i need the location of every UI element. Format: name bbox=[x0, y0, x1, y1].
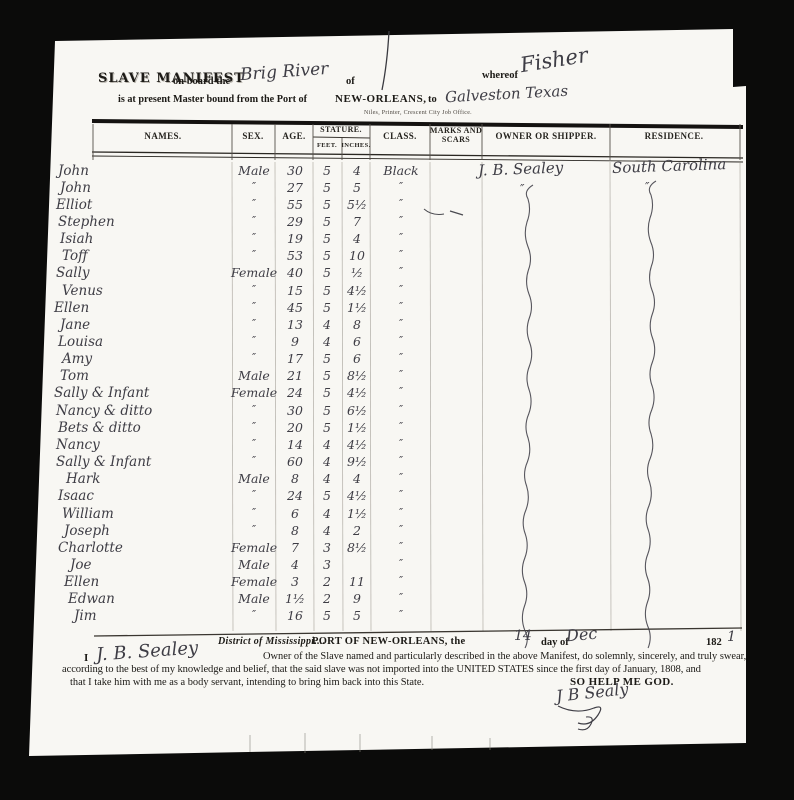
manifest-sex: Female bbox=[231, 540, 277, 555]
manifest-age: 30 bbox=[276, 163, 314, 178]
year-handwritten: 1 bbox=[727, 629, 736, 645]
manifest-class: ″ bbox=[371, 591, 431, 604]
printer-imprint: Niles, Printer, Crescent City Job Office… bbox=[364, 110, 472, 116]
on-board-label: on board the bbox=[173, 76, 230, 87]
scanned-manifest-document: SLAVE MANIFEST on board the Brig River o… bbox=[0, 0, 794, 800]
table-row: Stephen″2957″ bbox=[0, 214, 794, 231]
manifest-inches: 4 bbox=[342, 163, 372, 178]
manifest-inches: 5 bbox=[342, 608, 372, 623]
whereof-label: whereof bbox=[482, 70, 518, 81]
manifest-sex: Female bbox=[231, 574, 277, 589]
manifest-name: Edwan bbox=[68, 591, 115, 607]
manifest-feet: 5 bbox=[313, 248, 341, 263]
manifest-class: ″ bbox=[371, 283, 431, 296]
table-row: JoeMale43″ bbox=[0, 557, 794, 574]
manifest-age: 4 bbox=[276, 557, 314, 572]
table-row: Nancy & ditto″3056½″ bbox=[0, 403, 794, 420]
manifest-name: Tom bbox=[60, 368, 89, 384]
manifest-sex: ″ bbox=[231, 488, 277, 501]
manifest-class: ″ bbox=[371, 557, 431, 570]
manifest-inches: 8 bbox=[342, 317, 372, 332]
manifest-age: 8 bbox=[276, 471, 314, 486]
manifest-inches: 9 bbox=[342, 591, 372, 606]
manifest-age: 53 bbox=[276, 248, 314, 263]
table-row: JohnMale3054Black bbox=[0, 163, 794, 180]
table-row: Venus″1554½″ bbox=[0, 283, 794, 300]
manifest-sex: Female bbox=[231, 385, 277, 400]
port-name: NEW-ORLEANS, bbox=[335, 93, 426, 105]
manifest-feet: 5 bbox=[313, 488, 341, 503]
manifest-age: 17 bbox=[276, 351, 314, 366]
manifest-age: 7 bbox=[276, 540, 314, 555]
table-row: Bets & ditto″2051½″ bbox=[0, 420, 794, 437]
manifest-inches: 4 bbox=[342, 471, 372, 486]
manifest-inches: 8½ bbox=[342, 368, 372, 383]
manifest-age: 19 bbox=[276, 231, 314, 246]
manifest-class: ″ bbox=[371, 574, 431, 587]
table-row: Toff″53510″ bbox=[0, 248, 794, 265]
table-row: William″641½″ bbox=[0, 506, 794, 523]
manifest-class: ″ bbox=[371, 351, 431, 364]
manifest-feet: 4 bbox=[313, 471, 341, 486]
col-header-owner: OWNER OR SHIPPER. bbox=[495, 131, 596, 141]
manifest-inches: 10 bbox=[342, 248, 372, 263]
manifest-inches: 4½ bbox=[342, 385, 372, 400]
manifest-inches: 11 bbox=[342, 574, 372, 589]
manifest-sex: ″ bbox=[231, 454, 277, 467]
manifest-inches: 5½ bbox=[342, 197, 372, 212]
manifest-name: Sally & Infant bbox=[54, 385, 149, 401]
manifest-inches: 4½ bbox=[342, 283, 372, 298]
manifest-sex: Male bbox=[231, 163, 277, 178]
month-handwritten: Dec bbox=[565, 624, 598, 646]
manifest-name: Isiah bbox=[60, 231, 93, 247]
manifest-feet: 5 bbox=[313, 368, 341, 383]
manifest-name: Jane bbox=[60, 317, 90, 333]
day-handwritten: 14 bbox=[514, 628, 532, 644]
table-row: SallyFemale405½″ bbox=[0, 265, 794, 282]
manifest-feet: 4 bbox=[313, 437, 341, 452]
manifest-name: Joe bbox=[70, 557, 92, 573]
manifest-sex: ″ bbox=[231, 231, 277, 244]
manifest-age: 40 bbox=[276, 265, 314, 280]
manifest-feet: 5 bbox=[313, 163, 341, 178]
manifest-class: ″ bbox=[371, 334, 431, 347]
manifest-feet: 4 bbox=[313, 506, 341, 521]
manifest-sex: ″ bbox=[231, 248, 277, 261]
manifest-inches: 8½ bbox=[342, 540, 372, 555]
manifest-class: ″ bbox=[371, 248, 431, 261]
table-row: TomMale2158½″ bbox=[0, 368, 794, 385]
oath-i-label: I bbox=[84, 652, 88, 664]
manifest-sex: ″ bbox=[231, 214, 277, 227]
col-header-names: NAMES. bbox=[144, 131, 181, 141]
manifest-sex: ″ bbox=[231, 437, 277, 450]
manifest-name: Elliot bbox=[56, 197, 92, 213]
manifest-inches: 6 bbox=[342, 334, 372, 349]
col-header-class: CLASS. bbox=[383, 131, 417, 141]
oath-line-2: according to the best of my knowledge an… bbox=[62, 664, 701, 675]
manifest-name: Louisa bbox=[58, 334, 103, 350]
port-of-new-orleans-line: PORT OF NEW-ORLEANS, the bbox=[312, 636, 465, 647]
table-row: Louisa″946″ bbox=[0, 334, 794, 351]
table-row: Isiah″1954″ bbox=[0, 231, 794, 248]
manifest-sex: ″ bbox=[231, 283, 277, 296]
manifest-age: 14 bbox=[276, 437, 314, 452]
to-label: to bbox=[428, 94, 437, 105]
oath-line-3: that I take him with me as a body servan… bbox=[70, 677, 424, 688]
manifest-inches: ½ bbox=[342, 265, 372, 280]
manifest-sex: ″ bbox=[231, 351, 277, 364]
manifest-class: ″ bbox=[371, 385, 431, 398]
col-header-age: AGE. bbox=[282, 131, 305, 141]
manifest-age: 16 bbox=[276, 608, 314, 623]
manifest-feet: 5 bbox=[313, 197, 341, 212]
manifest-age: 8 bbox=[276, 523, 314, 538]
col-header-sex: SEX. bbox=[242, 131, 263, 141]
manifest-class: ″ bbox=[371, 540, 431, 553]
manifest-feet: 3 bbox=[313, 540, 341, 555]
manifest-class: ″ bbox=[371, 368, 431, 381]
manifest-feet: 4 bbox=[313, 454, 341, 469]
manifest-age: 6 bbox=[276, 506, 314, 521]
manifest-class: ″ bbox=[371, 437, 431, 450]
manifest-age: 9 bbox=[276, 334, 314, 349]
manifest-name: Venus bbox=[62, 283, 103, 299]
table-row: Jim″1655″ bbox=[0, 608, 794, 625]
manifest-age: 20 bbox=[276, 420, 314, 435]
manifest-inches: 4 bbox=[342, 231, 372, 246]
manifest-class: ″ bbox=[371, 506, 431, 519]
table-row: Elliot″5555½″ bbox=[0, 197, 794, 214]
manifest-class: ″ bbox=[371, 403, 431, 416]
manifest-age: 13 bbox=[276, 317, 314, 332]
manifest-inches: 6 bbox=[342, 351, 372, 366]
manifest-class: Black bbox=[371, 163, 431, 178]
col-header-residence: RESIDENCE. bbox=[645, 131, 704, 141]
table-row: Jane″1348″ bbox=[0, 317, 794, 334]
oath-line-1: Owner of the Slave named and particularl… bbox=[263, 651, 746, 662]
manifest-name: Nancy & ditto bbox=[56, 403, 152, 419]
manifest-inches: 1½ bbox=[342, 506, 372, 521]
manifest-sex: ″ bbox=[231, 317, 277, 330]
manifest-name: Joseph bbox=[64, 523, 110, 539]
manifest-name: Toff bbox=[62, 248, 88, 264]
col-header-stature: STATURE. bbox=[320, 125, 362, 134]
table-row: Ellen″4551½″ bbox=[0, 300, 794, 317]
manifest-inches: 5 bbox=[342, 180, 372, 195]
manifest-feet: 5 bbox=[313, 214, 341, 229]
manifest-class: ″ bbox=[371, 214, 431, 227]
manifest-age: 15 bbox=[276, 283, 314, 298]
table-row: Isaac″2454½″ bbox=[0, 488, 794, 505]
manifest-name: Isaac bbox=[58, 488, 94, 504]
manifest-feet: 4 bbox=[313, 523, 341, 538]
manifest-inches: 2 bbox=[342, 523, 372, 538]
manifest-feet: 5 bbox=[313, 351, 341, 366]
manifest-sex: Male bbox=[231, 471, 277, 486]
manifest-sex: ″ bbox=[231, 197, 277, 210]
manifest-sex: ″ bbox=[231, 608, 277, 621]
day-of-label: day of bbox=[541, 637, 569, 648]
manifest-age: 1½ bbox=[276, 591, 314, 606]
manifest-feet: 5 bbox=[313, 403, 341, 418]
manifest-age: 60 bbox=[276, 454, 314, 469]
manifest-age: 55 bbox=[276, 197, 314, 212]
manifest-age: 24 bbox=[276, 488, 314, 503]
table-row: HarkMale844″ bbox=[0, 471, 794, 488]
manifest-sex: Female bbox=[231, 265, 277, 280]
manifest-age: 21 bbox=[276, 368, 314, 383]
manifest-name: Stephen bbox=[58, 214, 115, 230]
manifest-feet: 5 bbox=[313, 231, 341, 246]
manifest-feet: 4 bbox=[313, 334, 341, 349]
manifest-sex: ″ bbox=[231, 506, 277, 519]
manifest-name: John bbox=[60, 180, 91, 196]
manifest-name: Bets & ditto bbox=[58, 420, 141, 436]
manifest-inches: 6½ bbox=[342, 403, 372, 418]
manifest-sex: ″ bbox=[231, 420, 277, 433]
manifest-name: Amy bbox=[62, 351, 92, 367]
manifest-class: ″ bbox=[371, 471, 431, 484]
manifest-feet: 3 bbox=[313, 557, 341, 572]
table-row: Joseph″842″ bbox=[0, 523, 794, 540]
table-row: CharlotteFemale738½″ bbox=[0, 540, 794, 557]
manifest-feet: 5 bbox=[313, 300, 341, 315]
manifest-class: ″ bbox=[371, 180, 431, 193]
manifest-age: 29 bbox=[276, 214, 314, 229]
manifest-sex: ″ bbox=[231, 403, 277, 416]
manifest-feet: 2 bbox=[313, 574, 341, 589]
manifest-sex: Male bbox=[231, 591, 277, 606]
manifest-class: ″ bbox=[371, 420, 431, 433]
manifest-name: Sally bbox=[56, 265, 90, 281]
manifest-class: ″ bbox=[371, 454, 431, 467]
manifest-inches: 1½ bbox=[342, 420, 372, 435]
manifest-inches: 9½ bbox=[342, 454, 372, 469]
manifest-name: Ellen bbox=[64, 574, 99, 590]
table-row: John″2755″ bbox=[0, 180, 794, 197]
manifest-name: Charlotte bbox=[58, 540, 123, 556]
table-row: Nancy″1444½″ bbox=[0, 437, 794, 454]
manifest-age: 45 bbox=[276, 300, 314, 315]
manifest-class: ″ bbox=[371, 231, 431, 244]
manifest-feet: 5 bbox=[313, 180, 341, 195]
manifest-age: 27 bbox=[276, 180, 314, 195]
manifest-feet: 2 bbox=[313, 591, 341, 606]
manifest-name: Nancy bbox=[56, 437, 100, 453]
manifest-name: Hark bbox=[66, 471, 100, 487]
manifest-class: ″ bbox=[371, 300, 431, 313]
manifest-feet: 5 bbox=[313, 265, 341, 280]
manifest-class: ″ bbox=[371, 317, 431, 330]
manifest-feet: 5 bbox=[313, 283, 341, 298]
bound-from-label: is at present Master bound from the Port… bbox=[118, 94, 307, 105]
manifest-class: ″ bbox=[371, 488, 431, 501]
manifest-age: 24 bbox=[276, 385, 314, 400]
manifest-feet: 5 bbox=[313, 420, 341, 435]
of-label: of bbox=[346, 76, 355, 87]
manifest-inches: 4½ bbox=[342, 437, 372, 452]
manifest-sex: ″ bbox=[231, 334, 277, 347]
col-header-marks-1: MARKS AND bbox=[430, 126, 482, 135]
manifest-class: ″ bbox=[371, 197, 431, 210]
manifest-class: ″ bbox=[371, 608, 431, 621]
table-row: Sally & Infant″6049½″ bbox=[0, 454, 794, 471]
manifest-inches: 7 bbox=[342, 214, 372, 229]
year-printed: 182 bbox=[706, 637, 722, 648]
table-row: EdwanMale1½29″ bbox=[0, 591, 794, 608]
manifest-sex: ″ bbox=[231, 523, 277, 536]
manifest-name: Ellen bbox=[54, 300, 89, 316]
table-row: Sally & InfantFemale2454½″ bbox=[0, 385, 794, 402]
col-header-inches: INCHES. bbox=[341, 142, 370, 149]
manifest-sex: ″ bbox=[231, 180, 277, 193]
manifest-inches: 4½ bbox=[342, 488, 372, 503]
manifest-age: 30 bbox=[276, 403, 314, 418]
manifest-name: Jim bbox=[74, 608, 97, 624]
manifest-name: William bbox=[62, 506, 114, 522]
manifest-class: ″ bbox=[371, 523, 431, 536]
table-row: EllenFemale3211″ bbox=[0, 574, 794, 591]
manifest-feet: 5 bbox=[313, 385, 341, 400]
manifest-feet: 4 bbox=[313, 317, 341, 332]
manifest-sex: Male bbox=[231, 368, 277, 383]
manifest-feet: 5 bbox=[313, 608, 341, 623]
manifest-name: John bbox=[58, 163, 89, 179]
manifest-inches: 1½ bbox=[342, 300, 372, 315]
district-label: District of Mississippi.... bbox=[218, 636, 326, 647]
col-header-feet: FEET. bbox=[317, 142, 337, 149]
manifest-sex: Male bbox=[231, 557, 277, 572]
manifest-class: ″ bbox=[371, 265, 431, 278]
manifest-age: 3 bbox=[276, 574, 314, 589]
col-header-marks-2: SCARS bbox=[442, 135, 470, 144]
manifest-sex: ″ bbox=[231, 300, 277, 313]
manifest-name: Sally & Infant bbox=[56, 454, 151, 470]
table-row: Amy″1756″ bbox=[0, 351, 794, 368]
